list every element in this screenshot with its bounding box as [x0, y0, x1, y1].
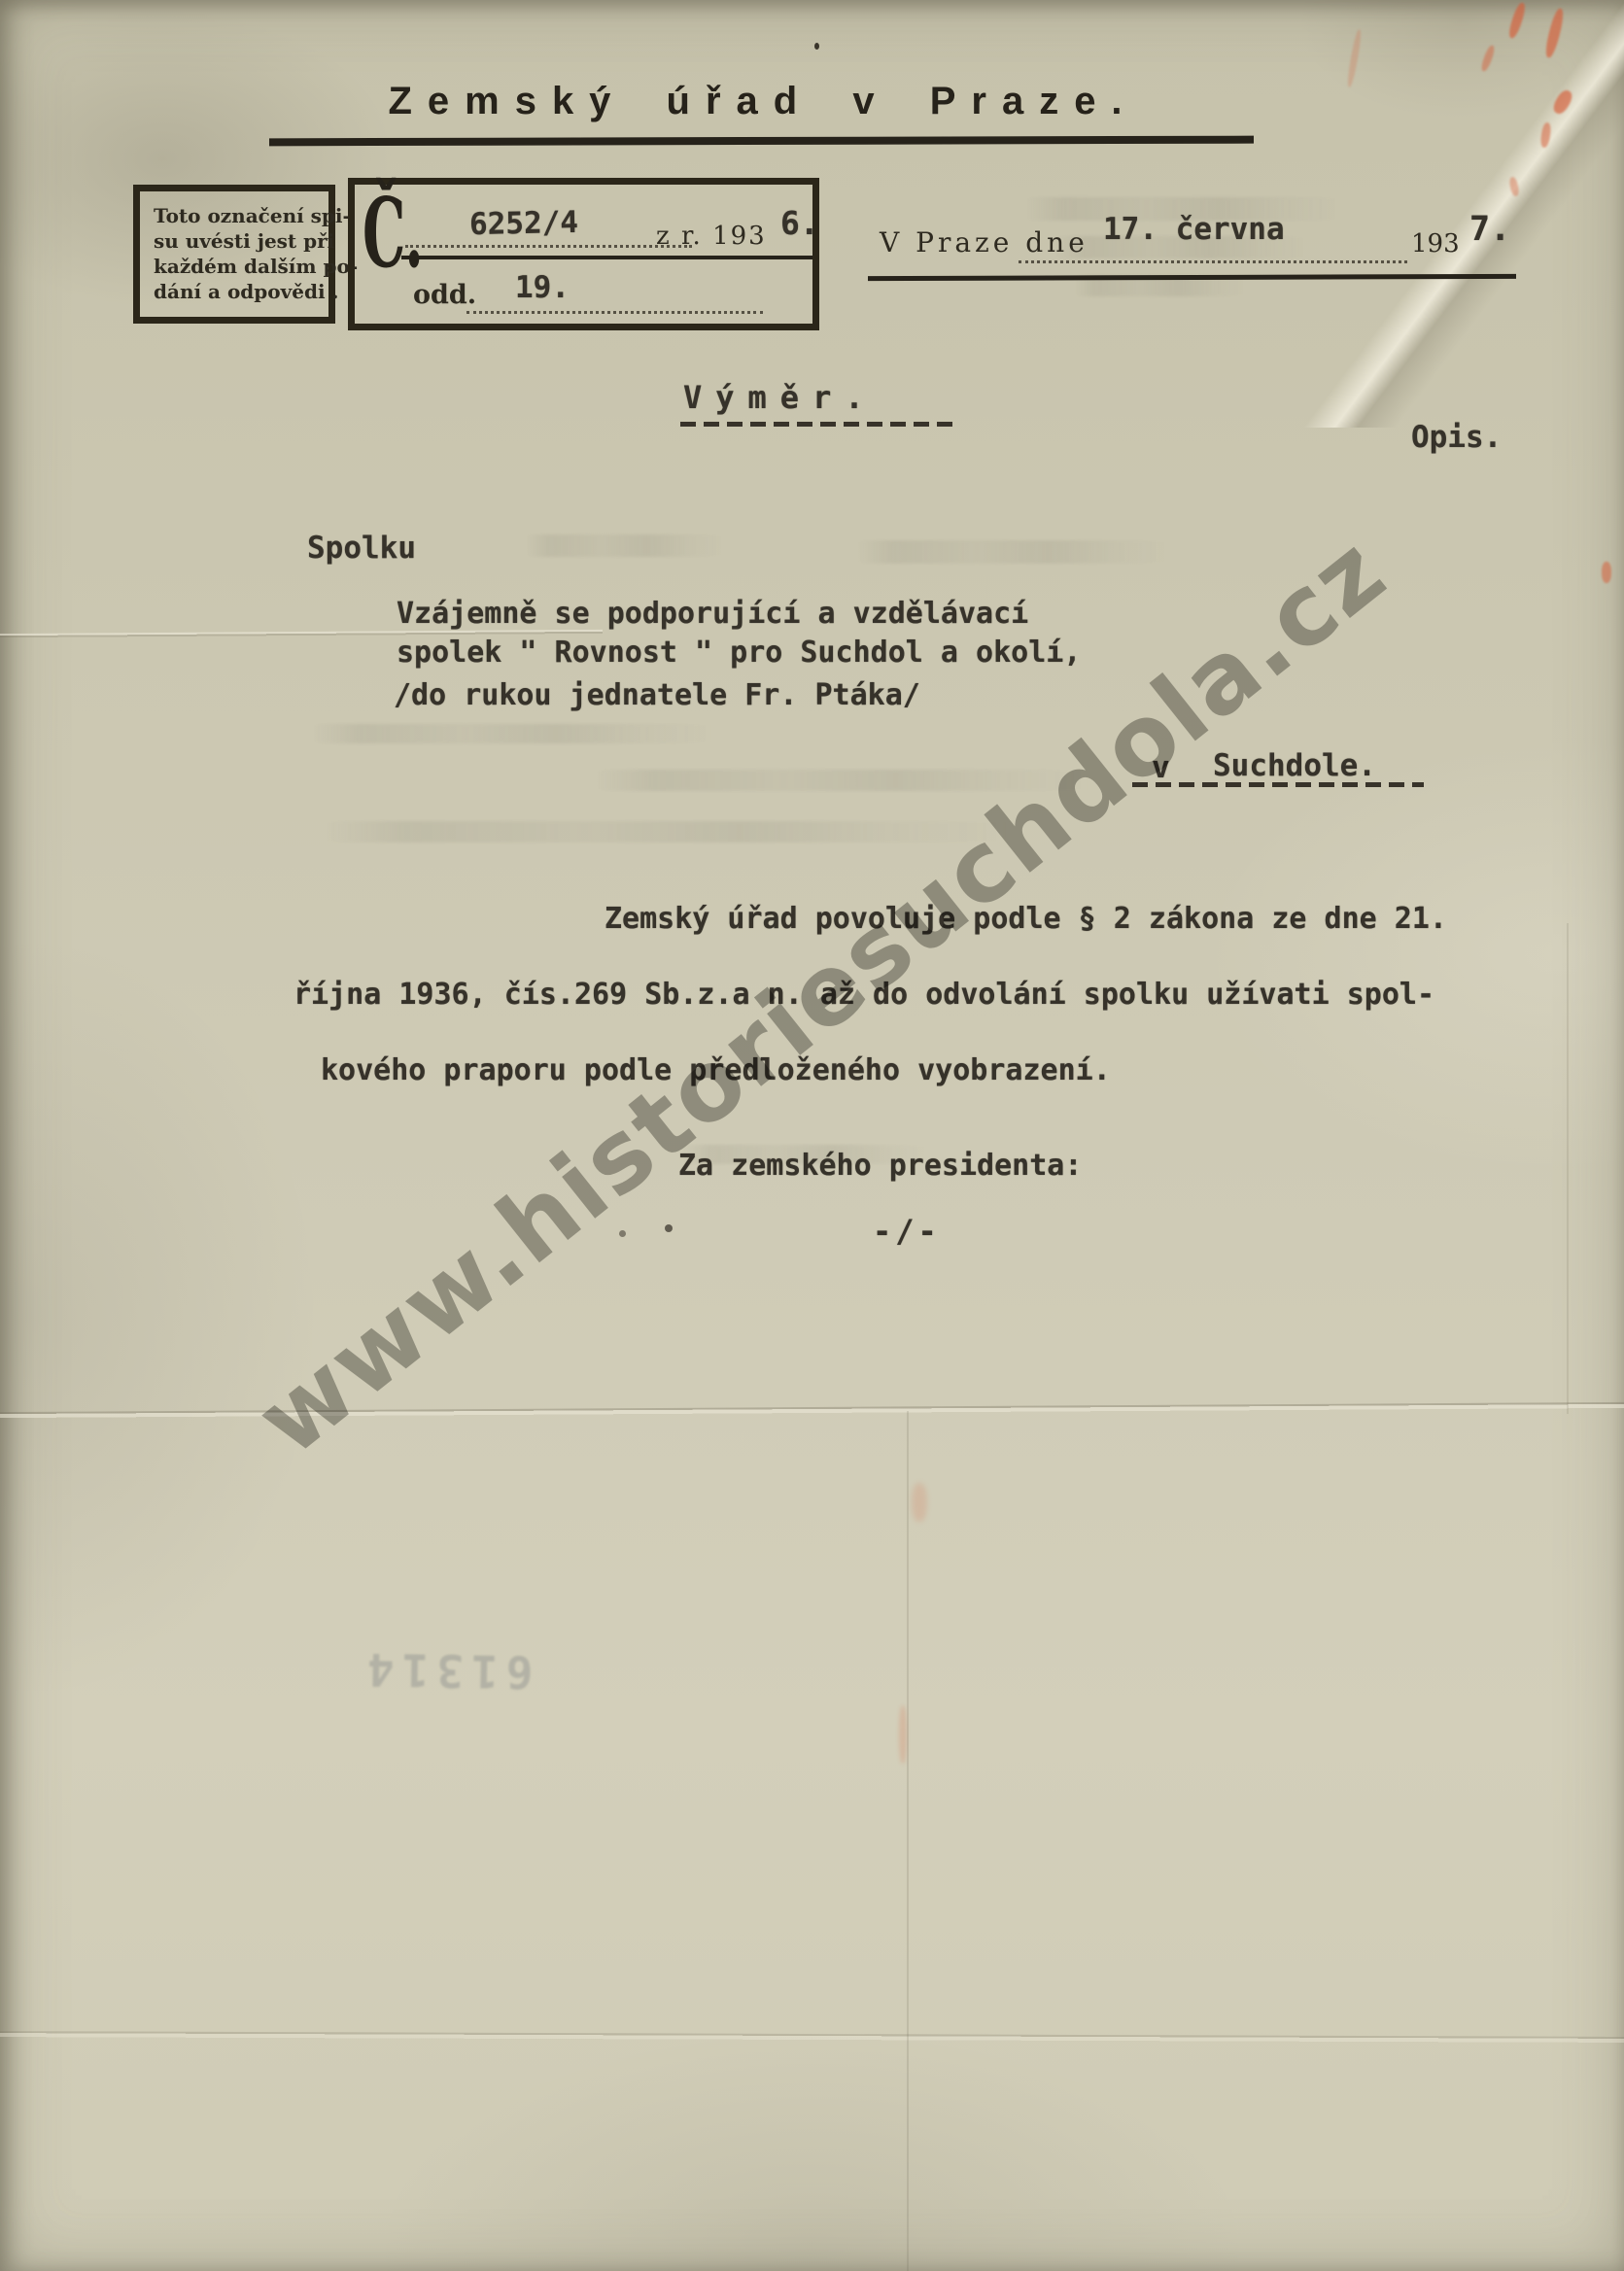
crease-bottom-fold	[0, 2031, 1624, 2044]
note-line: Toto označení spi-	[154, 203, 321, 228]
red-mark	[912, 1483, 927, 1522]
body-line-1: Zemský úřad povoluje podle § 2 zákona ze…	[605, 902, 1447, 936]
title-dot	[814, 43, 819, 50]
year-printed-label: z r. 193	[656, 222, 767, 251]
box-divider-line	[401, 256, 812, 259]
bleed-streak	[525, 534, 729, 557]
ink-dot	[665, 1224, 673, 1232]
date-year-digit: 7.	[1469, 210, 1510, 249]
signature-label: Za zemského presidenta:	[678, 1149, 1082, 1183]
dept-value: 19.	[515, 270, 570, 305]
big-c-prefix: Č.	[363, 177, 424, 289]
date-dotted-line	[1019, 260, 1407, 263]
crease-vertical-lower	[907, 1411, 909, 2271]
file-number-value: 6252/4	[469, 205, 579, 242]
note-line: su uvésti jest při	[154, 228, 321, 254]
heading-underline	[680, 422, 952, 427]
faint-number: 61314	[360, 1642, 534, 1698]
bleed-streak	[855, 540, 1176, 564]
red-mark	[1602, 562, 1611, 583]
title-underline	[269, 136, 1254, 147]
date-typed-value: 17. června	[1103, 212, 1285, 247]
signature-mark: -/-	[873, 1213, 941, 1250]
note-line: každém dalším po-	[154, 254, 321, 279]
crease-vertical-right	[1567, 923, 1569, 1414]
copy-label: Opis.	[1411, 420, 1502, 455]
addressee-line-3: /do rukou jednatele Fr. Ptáka/	[394, 678, 920, 712]
crease-diagonal-top-right	[1293, 0, 1624, 428]
bleed-streak	[321, 821, 1020, 843]
year-typed-digit: 6.	[780, 204, 819, 242]
ink-dot	[619, 1230, 626, 1237]
decree-heading: Výměr.	[683, 379, 878, 416]
document-page: Zemský úřad v Praze. Toto označení spi- …	[0, 0, 1624, 2271]
letterhead-title: Zemský úřad v Praze.	[388, 80, 1137, 123]
file-note-box: Toto označení spi- su uvésti jest při ka…	[133, 185, 335, 324]
addressee-label: Spolku	[307, 531, 416, 566]
addressee-line-1: Vzájemně se podporující a vzdělávací	[397, 597, 1028, 631]
file-number-box: Č. 6252/4 z r. 193 6. odd. 19.	[348, 178, 819, 330]
date-year-label: 193	[1411, 229, 1460, 258]
bleed-streak	[311, 724, 719, 743]
place-name: Suchdole.	[1213, 748, 1376, 783]
red-mark	[899, 1705, 907, 1764]
addressee-line-2: spolek " Rovnost " pro Suchdol a okolí,	[397, 636, 1081, 670]
file-number-dotted-line	[405, 245, 692, 248]
note-line: dání a odpovědi .	[154, 279, 321, 304]
date-place-label: V Praze dne	[880, 226, 1088, 258]
dept-label: odd.	[413, 280, 476, 310]
dept-dotted-line	[466, 311, 763, 314]
